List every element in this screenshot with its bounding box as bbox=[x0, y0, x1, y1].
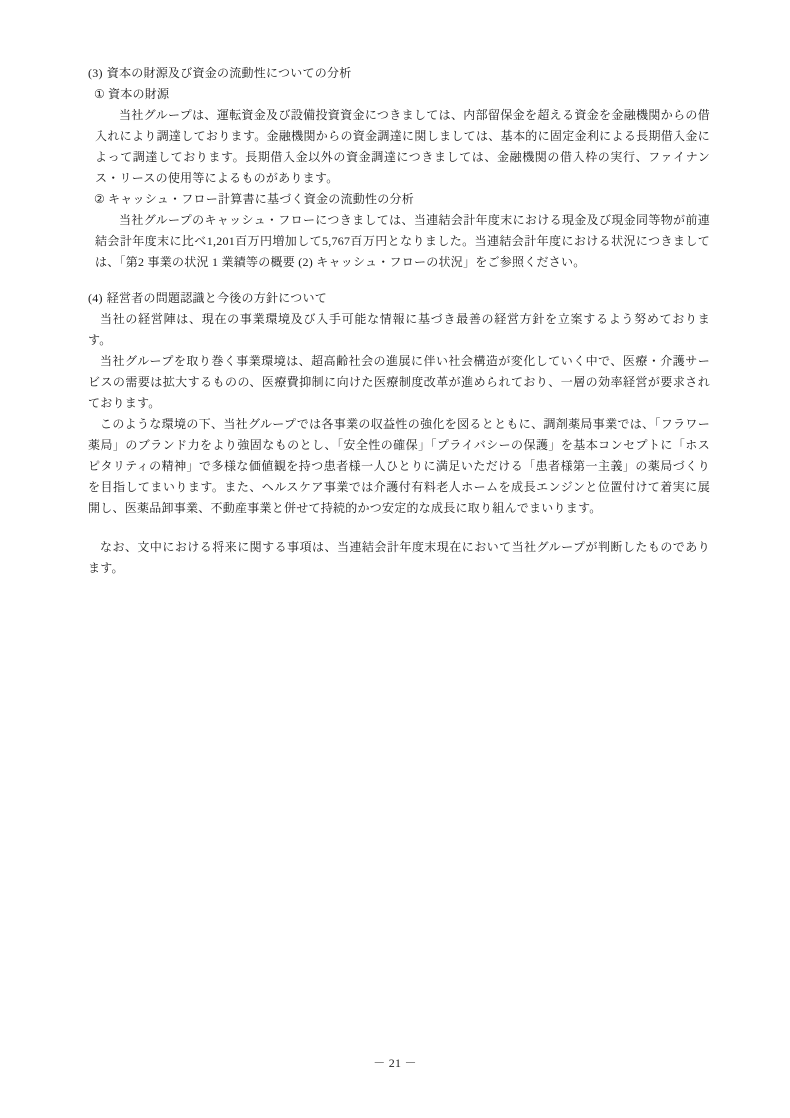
section-4-heading: (4)経営者の問題認識と今後の方針について bbox=[88, 288, 710, 309]
subsection-2-marker: ② bbox=[94, 189, 105, 210]
subsection-2-heading: ②キャッシュ・フロー計算書に基づく資金の流動性の分析 bbox=[94, 189, 710, 210]
subsection-1-marker: ① bbox=[94, 84, 105, 105]
subsection-1-heading: ①資本の財源 bbox=[94, 84, 710, 105]
section-3-heading: (3)資本の財源及び資金の流動性についての分析 bbox=[88, 63, 710, 84]
section-4-number: (4) bbox=[88, 288, 103, 309]
page-content: (3)資本の財源及び資金の流動性についての分析 ①資本の財源 当社グループは、運… bbox=[88, 63, 710, 579]
subsection-2-title: キャッシュ・フロー計算書に基づく資金の流動性の分析 bbox=[108, 192, 414, 206]
page-number: － 21 － bbox=[373, 1056, 417, 1070]
document-page: (3)資本の財源及び資金の流動性についての分析 ①資本の財源 当社グループは、運… bbox=[0, 0, 790, 1118]
paragraph-group-strategy: このような環境の下、当社グループでは各事業の収益性の強化を図るとともに、調剤薬局… bbox=[88, 414, 710, 519]
page-footer: － 21 － bbox=[0, 1053, 790, 1074]
paragraph-cash-flow-liquidity: 当社グループのキャッシュ・フローにつきましては、当連結会計年度末における現金及び… bbox=[95, 210, 710, 273]
section-3-number: (3) bbox=[88, 63, 103, 84]
paragraph-forward-looking-note: なお、文中における将来に関する事項は、当連結会計年度末現在において当社グループが… bbox=[88, 537, 710, 579]
paragraph-management-stance: 当社の経営陣は、現在の事業環境及び入手可能な情報に基づき最善の経営方針を立案する… bbox=[88, 309, 710, 351]
section-4-management-policy: (4)経営者の問題認識と今後の方針について 当社の経営陣は、現在の事業環境及び入… bbox=[88, 288, 710, 579]
paragraph-capital-sources: 当社グループは、運転資金及び設備投資資金につきましては、内部留保金を超える資金を… bbox=[95, 105, 710, 189]
section-4-title: 経営者の問題認識と今後の方針について bbox=[107, 291, 327, 305]
subsection-1-title: 資本の財源 bbox=[108, 87, 169, 101]
paragraph-business-environment: 当社グループを取り巻く事業環境は、超高齢社会の進展に伴い社会構造が変化していく中… bbox=[88, 351, 710, 414]
section-3-title: 資本の財源及び資金の流動性についての分析 bbox=[107, 66, 352, 80]
section-3-capital-and-liquidity: (3)資本の財源及び資金の流動性についての分析 ①資本の財源 当社グループは、運… bbox=[88, 63, 710, 273]
